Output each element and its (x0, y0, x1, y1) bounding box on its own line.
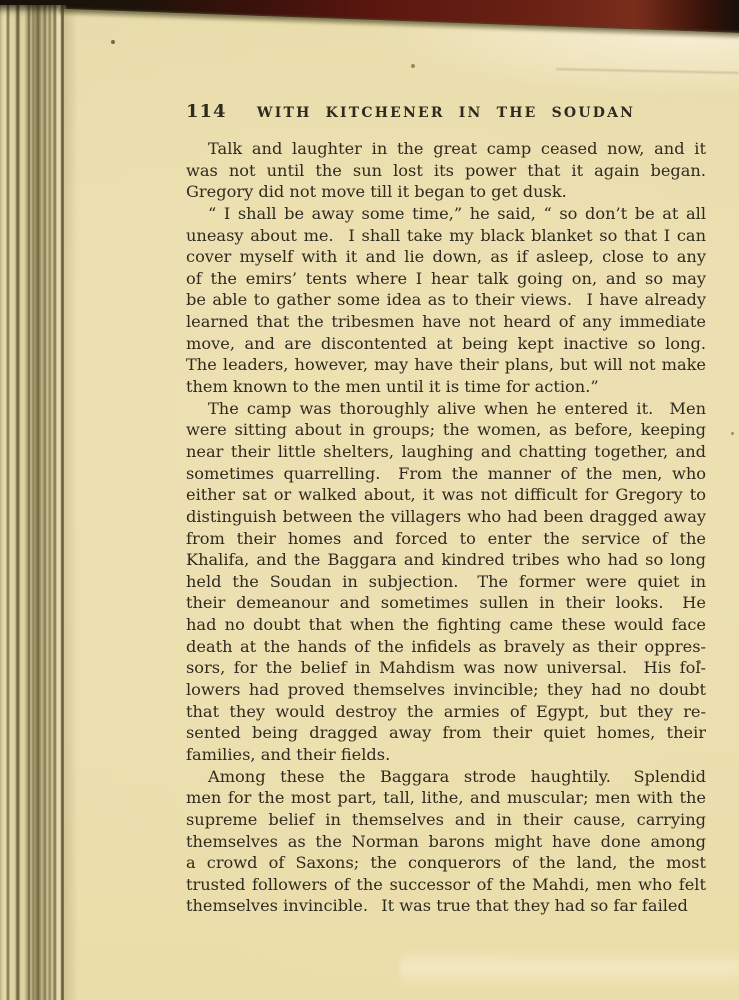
text-line: Talk and laughter in the great camp ceas… (186, 138, 706, 160)
text-line: The leaders, however, may have their pla… (186, 354, 706, 376)
text-line: from their homes and forced to enter the… (186, 528, 706, 550)
book-page: 114 WITH KITCHENER IN THE SOUDAN Talk an… (64, 0, 739, 1000)
text-line: that they would destroy the armies of Eg… (186, 701, 706, 723)
text-line: death at the hands of the infidels as br… (186, 636, 706, 658)
text-line: held the Soudan in subjection. The forme… (186, 571, 706, 593)
text-line: near their little shelters, laughing and… (186, 441, 706, 463)
text-line: uneasy about me. I shall take my black b… (186, 225, 706, 247)
text-line: sometimes quarrelling. From the manner o… (186, 463, 706, 485)
text-line: was not until the sun lost its power tha… (186, 160, 706, 182)
text-line: cover myself with it and lie down, as if… (186, 246, 706, 268)
text-line: themselves as the Norman barons might ha… (186, 831, 706, 853)
text-line: learned that the tribesmen have not hear… (186, 311, 706, 333)
scanned-book-photo: 114 WITH KITCHENER IN THE SOUDAN Talk an… (0, 0, 739, 1000)
text-line: move, and are discontented at being kept… (186, 333, 706, 355)
running-title: WITH KITCHENER IN THE SOUDAN (186, 105, 706, 121)
text-line: were sitting about in groups; the women,… (186, 419, 706, 441)
text-line: either sat or walked about, it was not d… (186, 484, 706, 506)
text-line: trusted followers of the successor of th… (186, 874, 706, 896)
paper-speck (731, 432, 734, 435)
text-line: had no doubt that when the fighting came… (186, 614, 706, 636)
paper-speck (411, 64, 415, 68)
book-page-edges (0, 5, 66, 1000)
text-line: themselves invincible. It was true that … (186, 895, 706, 917)
text-line: their demeanour and sometimes sullen in … (186, 592, 706, 614)
text-line: Khalifa, and the Baggara and kindred tri… (186, 549, 706, 571)
text-line: The camp was thoroughly alive when he en… (186, 398, 706, 420)
text-line: Among these the Baggara strode haughtily… (186, 766, 706, 788)
paper-streaks (400, 948, 739, 990)
text-line: distinguish between the villagers who ha… (186, 506, 706, 528)
text-line: men for the most part, tall, lithe, and … (186, 787, 706, 809)
page-header: 114 WITH KITCHENER IN THE SOUDAN (186, 101, 706, 125)
text-line: of the emirs’ tents where I hear talk go… (186, 268, 706, 290)
text-line: a crowd of Saxons; the conquerors of the… (186, 852, 706, 874)
text-line: lowers had proved themselves invincible;… (186, 679, 706, 701)
text-line: them known to the men until it is time f… (186, 376, 706, 398)
paper-speck (111, 40, 115, 44)
page-text: Talk and laughter in the great camp ceas… (186, 138, 706, 917)
text-line: “ I shall be away some time,” he said, “… (186, 203, 706, 225)
text-line: be able to gather some idea as to their … (186, 289, 706, 311)
text-line: families, and their fields. (186, 744, 706, 766)
paper-speck (697, 660, 701, 664)
text-line: sors, for the belief in Mahdism was now … (186, 657, 706, 679)
text-line: sented being dragged away from their qui… (186, 722, 706, 744)
text-line: Gregory did not move till it began to ge… (186, 181, 706, 203)
text-line: supreme belief in themselves and in thei… (186, 809, 706, 831)
